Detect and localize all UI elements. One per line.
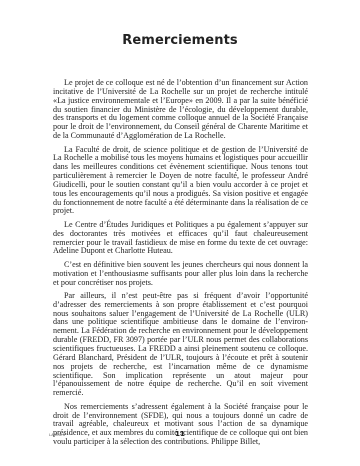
paragraph-research-centre: Le Centre d’Études Juridiques et Politiq… (53, 221, 308, 256)
paragraph-university: Par ailleurs, il n’est peut-être pas si … (53, 292, 308, 398)
paragraph-sfde: Nos remerciements s’adressent également … (53, 403, 308, 447)
page-title: Remerciements (0, 33, 360, 48)
page-number: 11 (0, 430, 360, 438)
body-text: Le projet de ce colloque est né de l’obt… (53, 79, 308, 451)
paragraph-funding: Le projet de ce colloque est né de l’obt… (53, 79, 308, 141)
paragraph-young-researchers: C’est en définitive bien souvent les jeu… (53, 261, 308, 288)
paragraph-faculty: La Faculté de droit, de science politiqu… (53, 146, 308, 217)
